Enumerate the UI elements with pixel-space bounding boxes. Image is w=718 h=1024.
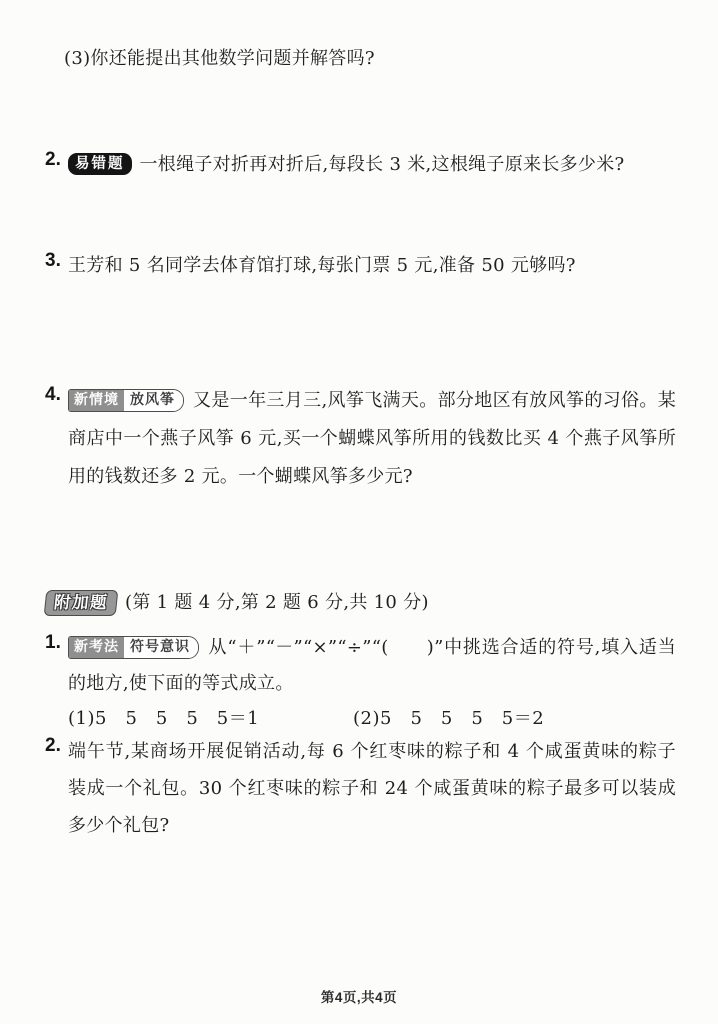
question-3-number: 3. xyxy=(45,248,68,274)
new-context-badge-label: 新情境 xyxy=(69,390,124,411)
question-4: 4. 新情境放风筝又是一年三月三,风筝飞满天。部分地区有放风筝的习俗。某商店中一… xyxy=(45,382,676,496)
easy-mistake-badge: 易错题 xyxy=(68,153,132,175)
bonus-score-note: (第 1 题 4 分,第 2 题 6 分,共 10 分) xyxy=(125,589,429,616)
bonus-question-1-equations: (1)5 5 5 5 5＝1 (2)5 5 5 5 5＝2 xyxy=(68,702,676,736)
bonus-question-2-number: 2. xyxy=(45,733,68,759)
bonus-badge: 附加题 xyxy=(44,590,119,616)
bonus-question-2: 2. 端午节,某商场开展促销活动,每 6 个红枣味的粽子和 4 个咸蛋黄味的粽子… xyxy=(45,733,676,844)
bonus-question-1: 1. 新考法符号意识从“＋”“－”“×”“÷”“( )”中挑选合适的符号,填入适… xyxy=(45,630,676,736)
bonus-question-2-body: 端午节,某商场开展促销活动,每 6 个红枣味的粽子和 4 个咸蛋黄味的粽子装成一… xyxy=(68,733,676,844)
new-method-badge-label: 新考法 xyxy=(69,637,124,658)
question-2-text: 一根绳子对折再对折后,每段长 3 米,这根绳子原来长多少米? xyxy=(140,154,625,175)
equation-1: (1)5 5 5 5 5＝1 xyxy=(68,702,353,736)
sub-question-3-text: (3)你还能提出其他数学问题并解答吗? xyxy=(64,46,375,72)
symbol-sense-badge-label: 符号意识 xyxy=(124,637,198,658)
bonus-question-1-body: 新考法符号意识从“＋”“－”“×”“÷”“( )”中挑选合适的符号,填入适当的地… xyxy=(68,630,676,736)
question-3-text: 王芳和 5 名同学去体育馆打球,每张门票 5 元,准备 50 元够吗? xyxy=(68,255,576,276)
question-2-number: 2. xyxy=(45,147,68,173)
kite-badge-label: 放风筝 xyxy=(124,390,183,411)
question-2: 2. 易错题一根绳子对折再对折后,每段长 3 米,这根绳子原来长多少米? xyxy=(45,147,676,183)
equation-2: (2)5 5 5 5 5＝2 xyxy=(353,702,544,736)
question-3-body: 王芳和 5 名同学去体育馆打球,每张门票 5 元,准备 50 元够吗? xyxy=(68,248,676,284)
page-footer: 第4页,共4页 xyxy=(0,986,718,1006)
bonus-question-2-text: 端午节,某商场开展促销活动,每 6 个红枣味的粽子和 4 个咸蛋黄味的粽子装成一… xyxy=(68,741,676,836)
new-context-kite-badge: 新情境放风筝 xyxy=(68,389,184,412)
new-method-symbol-badge: 新考法符号意识 xyxy=(68,636,199,659)
bonus-section-header: 附加题 (第 1 题 4 分,第 2 题 6 分,共 10 分) xyxy=(45,589,676,616)
question-3: 3. 王芳和 5 名同学去体育馆打球,每张门票 5 元,准备 50 元够吗? xyxy=(45,248,676,284)
worksheet-page: (3)你还能提出其他数学问题并解答吗? 2. 易错题一根绳子对折再对折后,每段长… xyxy=(0,0,718,1024)
question-4-body: 新情境放风筝又是一年三月三,风筝飞满天。部分地区有放风筝的习俗。某商店中一个燕子… xyxy=(68,382,676,496)
question-2-body: 易错题一根绳子对折再对折后,每段长 3 米,这根绳子原来长多少米? xyxy=(68,147,676,183)
question-4-number: 4. xyxy=(45,382,68,408)
sub-question-3: (3)你还能提出其他数学问题并解答吗? xyxy=(64,46,676,72)
bonus-question-1-number: 1. xyxy=(45,630,68,656)
